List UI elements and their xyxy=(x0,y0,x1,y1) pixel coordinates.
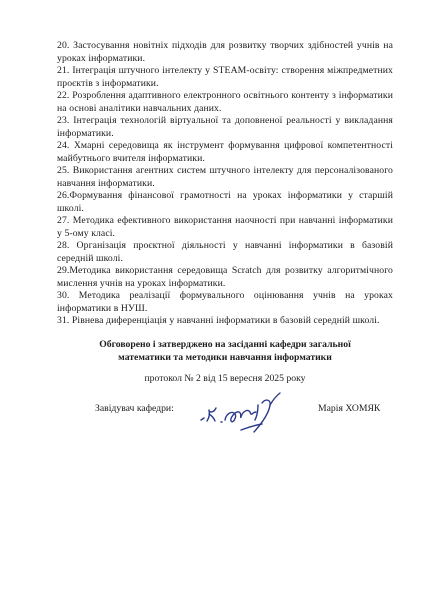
list-item: 27. Методика ефективного використання на… xyxy=(57,215,393,240)
list-item: 20. Застосування новітніх підходів для р… xyxy=(57,40,393,65)
list-item: 21. Інтеграція штучного інтелекту у STEA… xyxy=(57,65,393,90)
list-item: 24. Хмарні середовища як інструмент форм… xyxy=(57,140,393,165)
protocol-line: протокол № 2 від 15 вересня 2025 року xyxy=(57,372,393,385)
approval-heading: Обговорено і затверджено на засіданні ка… xyxy=(57,338,393,364)
list-item: 31. Рівнева диференціація у навчанні інф… xyxy=(57,315,393,328)
signature-row: Завідувач кафедри: Марія ХОМЯК xyxy=(57,389,393,459)
list-item: 22. Розроблення адаптивного електронного… xyxy=(57,90,393,115)
list-item: 30. Методика реалізації формувального оц… xyxy=(57,290,393,315)
list-item: 25. Використання агентних систем штучног… xyxy=(57,165,393,190)
list-item: 23. Інтеграція технологій віртуальної та… xyxy=(57,115,393,140)
signature-scribble-icon xyxy=(196,389,286,441)
signature-label: Завідувач кафедри: xyxy=(95,403,174,414)
document-page: 20. Застосування новітніх підходів для р… xyxy=(0,0,424,600)
list-item: 26.Формування фінансової грамотності на … xyxy=(57,190,393,215)
approval-section: Обговорено і затверджено на засіданні ка… xyxy=(57,338,393,385)
list-item: 28. Організація проєктної діяльності у н… xyxy=(57,240,393,265)
approval-heading-line2: математики та методики навчання інформат… xyxy=(57,351,393,364)
list-item: 29.Методика використання середовища Scra… xyxy=(57,265,393,290)
topics-list: 20. Застосування новітніх підходів для р… xyxy=(57,40,393,328)
signature-name: Марія ХОМЯК xyxy=(318,403,380,414)
approval-heading-line1: Обговорено і затверджено на засіданні ка… xyxy=(57,338,393,351)
